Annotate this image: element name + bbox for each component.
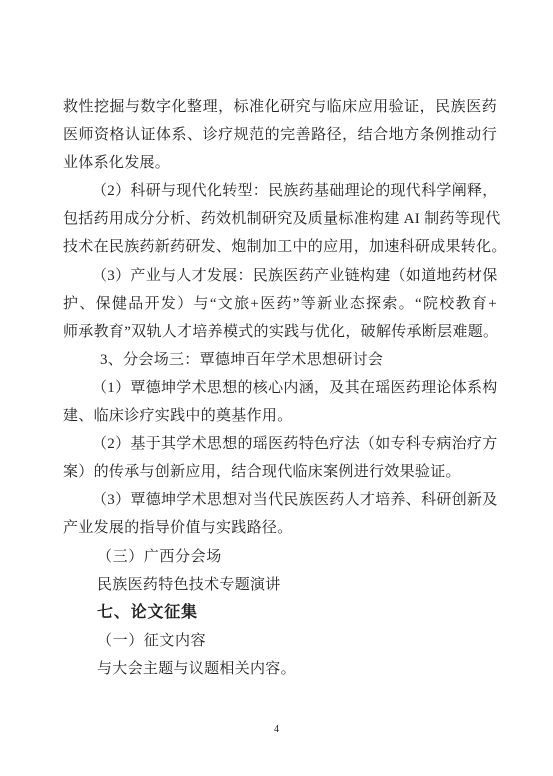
text-line: 建、临床诊疗实践中的奠基作用。 [63,402,497,430]
text-line: 民族医药特色技术专题演讲 [63,571,497,599]
text-line: 包括药用成分分析、药效机制研究及质量标准构建 AI 制药等现代 [63,205,497,233]
text-line-chapter-heading: 七、论文征集 [63,599,497,627]
text-line: （1）覃德坤学术思想的核心内涵，及其在瑶医药理论体系构 [63,374,497,402]
text-line: 产业发展的指导价值与实践路径。 [63,514,497,542]
text-line: 救性挖掘与数字化整理，标准化研究与临床应用验证，民族医药 [63,93,497,121]
text-line: 业体系化发展。 [63,149,497,177]
text-line: 护、保健品开发）与“文旅+医药”等新业态探索。“院校教育+ [63,290,497,318]
document-text-block: 救性挖掘与数字化整理，标准化研究与临床应用验证，民族医药 医师资格认证体系、诊疗… [63,93,497,683]
text-line: 技术在民族药新药研发、炮制加工中的应用，加速科研成果转化。 [63,233,497,261]
text-line: （2）科研与现代化转型：民族药基础理论的现代科学阐释， [63,177,497,205]
text-line: （3）产业与人才发展：民族医药产业链构建（如道地药材保 [63,262,497,290]
text-line-section-title: （三）广西分会场 [63,543,497,571]
text-line: 医师资格认证体系、诊疗规范的完善路径，结合地方条例推动行 [63,121,497,149]
text-line-subsection-title: 3、分会场三：覃德坤百年学术思想研讨会 [63,346,497,374]
page-number: 4 [0,724,553,735]
text-line: 案）的传承与创新应用，结合现代临床案例进行效果验证。 [63,458,497,486]
text-line: 与大会主题与议题相关内容。 [63,655,497,683]
document-page: 救性挖掘与数字化整理，标准化研究与临床应用验证，民族医药 医师资格认证体系、诊疗… [0,0,553,776]
text-line: 师承教育”双轨人才培养模式的实践与优化，破解传承断层难题。 [63,318,497,346]
text-line: （2）基于其学术思想的瑶医药特色疗法（如专科专病治疗方 [63,430,497,458]
text-line-section-title: （一）征文内容 [63,627,497,655]
text-line: （3）覃德坤学术思想对当代民族医药人才培养、科研创新及 [63,486,497,514]
